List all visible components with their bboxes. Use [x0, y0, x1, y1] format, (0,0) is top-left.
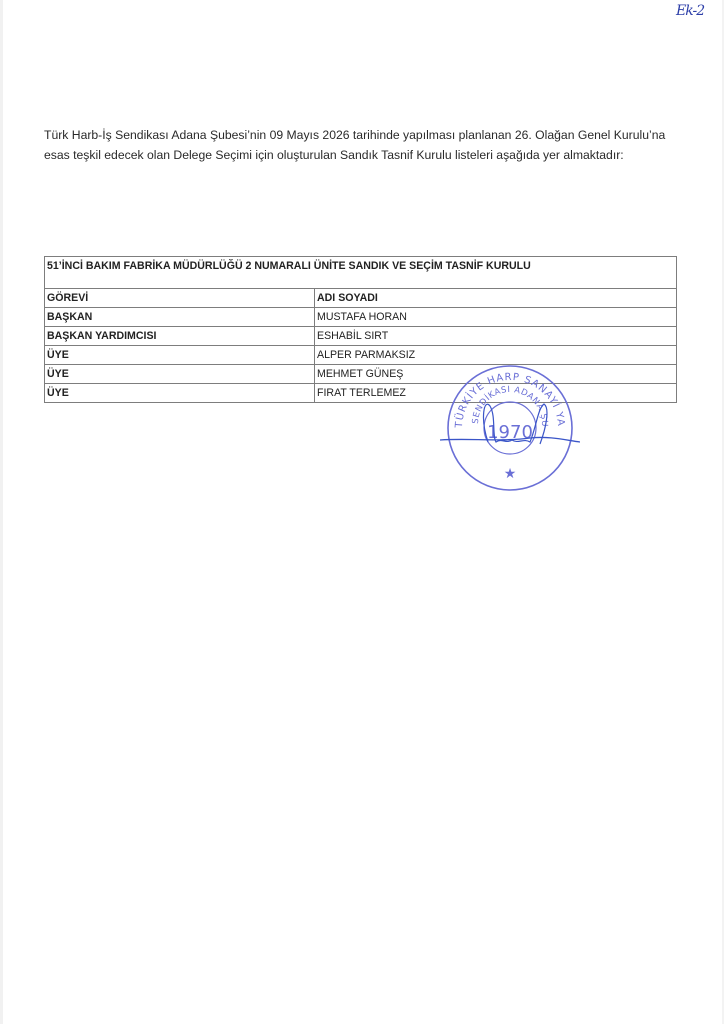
union-stamp-with-signature: TÜRKİYE HARP SANAYİ YARDIMCI İŞ KOLLARI … [440, 358, 580, 498]
row-role: BAŞKAN YARDIMCISI [45, 327, 315, 346]
row-role: ÜYE [45, 384, 315, 403]
scan-left-edge [0, 0, 3, 1024]
stamp-seal-icon: TÜRKİYE HARP SANAYİ YARDIMCI İŞ KOLLARI … [440, 358, 580, 498]
row-name: ESHABİL SIRT [315, 327, 677, 346]
table-row: ÜYE MEHMET GÜNEŞ [45, 365, 677, 384]
header-name: ADI SOYADI [315, 289, 677, 308]
row-role: ÜYE [45, 365, 315, 384]
table-row: BAŞKAN MUSTAFA HORAN [45, 308, 677, 327]
table-title-row: 51’İNCİ BAKIM FABRİKA MÜDÜRLÜĞÜ 2 NUMARA… [45, 257, 677, 289]
table-title: 51’İNCİ BAKIM FABRİKA MÜDÜRLÜĞÜ 2 NUMARA… [45, 257, 677, 289]
header-role: GÖREVİ [45, 289, 315, 308]
table-row: ÜYE ALPER PARMAKSIZ [45, 346, 677, 365]
table-row: BAŞKAN YARDIMCISI ESHABİL SIRT [45, 327, 677, 346]
row-role: ÜYE [45, 346, 315, 365]
intro-line-1: Türk Harb-İş Sendikası Adana Şubesi’nin … [44, 125, 684, 145]
row-name: MUSTAFA HORAN [315, 308, 677, 327]
table-row: ÜYE FIRAT TERLEMEZ [45, 384, 677, 403]
handwritten-annex-note: Ek-2 [676, 3, 704, 19]
svg-text:★: ★ [504, 466, 517, 482]
table-header-row: GÖREVİ ADI SOYADI [45, 289, 677, 308]
intro-line-2: esas teşkil edecek olan Delege Seçimi iç… [44, 145, 684, 165]
committee-table: 51’İNCİ BAKIM FABRİKA MÜDÜRLÜĞÜ 2 NUMARA… [44, 256, 677, 403]
intro-paragraph: Türk Harb-İş Sendikası Adana Şubesi’nin … [44, 125, 684, 165]
row-role: BAŞKAN [45, 308, 315, 327]
